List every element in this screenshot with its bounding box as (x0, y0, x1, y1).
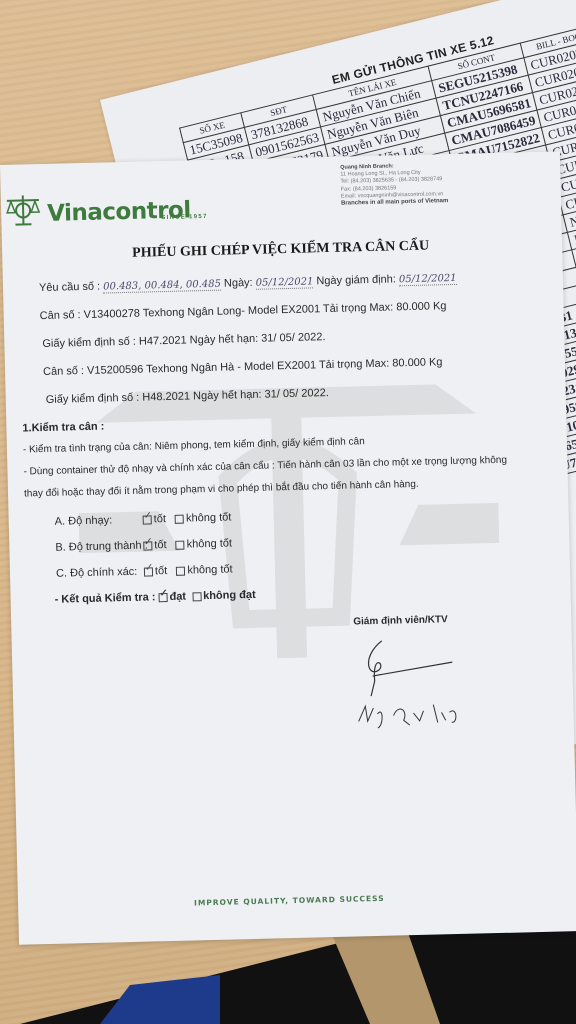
inspection-form-sheet: Vinacontrol SINCE 1957 Quang Ninh Branch… (0, 151, 576, 944)
check-label: B. Độ trung thành : (55, 540, 143, 554)
check-good-checkbox[interactable] (143, 541, 152, 550)
certificate-1: Giấy kiểm định số : H47.2021 Ngày hết hạ… (42, 331, 325, 350)
check-bad-checkbox[interactable] (175, 514, 184, 523)
request-value: 00.483, 00.484, 00.485 (103, 279, 221, 294)
vinacontrol-logo: Vinacontrol (5, 188, 191, 227)
check-label: C. Độ chính xác: (56, 566, 144, 580)
check-bad-checkbox[interactable] (176, 566, 185, 575)
scale-1: Cân số : V13400278 Texhong Ngân Long- Mo… (40, 300, 447, 322)
request-line: Yêu cầu số : 00.483, 00.484, 00.485 Ngày… (39, 272, 457, 294)
check-good-label: tốt (154, 513, 167, 525)
signature-icon (352, 633, 494, 736)
check-bad-checkbox[interactable] (176, 540, 185, 549)
result-fail-checkbox[interactable] (192, 592, 201, 601)
document-title: PHIẾU GHI CHÉP VIỆC KIỂM TRA CÂN CẨU (132, 239, 429, 262)
check-good-checkbox[interactable] (143, 515, 152, 524)
footer-slogan: IMPROVE QUALITY, TOWARD SUCCESS (194, 894, 385, 908)
branch-info: Quang Ninh Branch: 11 Hoang Long St., Ha… (340, 162, 448, 208)
brand-name: Vinacontrol (47, 199, 191, 225)
check-bad-label: không tốt (187, 563, 233, 576)
signer-title: Giám định viên/KTV (353, 614, 448, 627)
inspection-date-label: Ngày giám định: (316, 273, 396, 287)
result-pass-checkbox[interactable] (158, 593, 167, 602)
check-good-label: tốt (154, 539, 167, 551)
check-bad-label: không tốt (186, 511, 232, 524)
brand-since: SINCE 1957 (161, 214, 207, 221)
scales-logo-icon (5, 192, 42, 227)
date-label: Ngày: (224, 277, 253, 290)
request-label: Yêu cầu số : (39, 281, 100, 294)
check-label: A. Độ nhạy: (55, 514, 143, 528)
check-good-label: tốt (155, 565, 168, 577)
branch-ports: Branches in all main ports of Vietnam (341, 198, 448, 208)
check-bad-label: không tốt (187, 537, 233, 550)
result-fail-label: không đạt (203, 589, 256, 602)
result-pass-label: đạt (169, 591, 186, 603)
section-1-heading: 1.Kiểm tra cân : (22, 421, 104, 435)
inspection-date-value: 05/12/2021 (399, 273, 457, 286)
check-good-checkbox[interactable] (144, 567, 153, 576)
date-value: 05/12/2021 (256, 276, 314, 289)
result-label: - Kết quả Kiểm tra : (54, 591, 155, 605)
